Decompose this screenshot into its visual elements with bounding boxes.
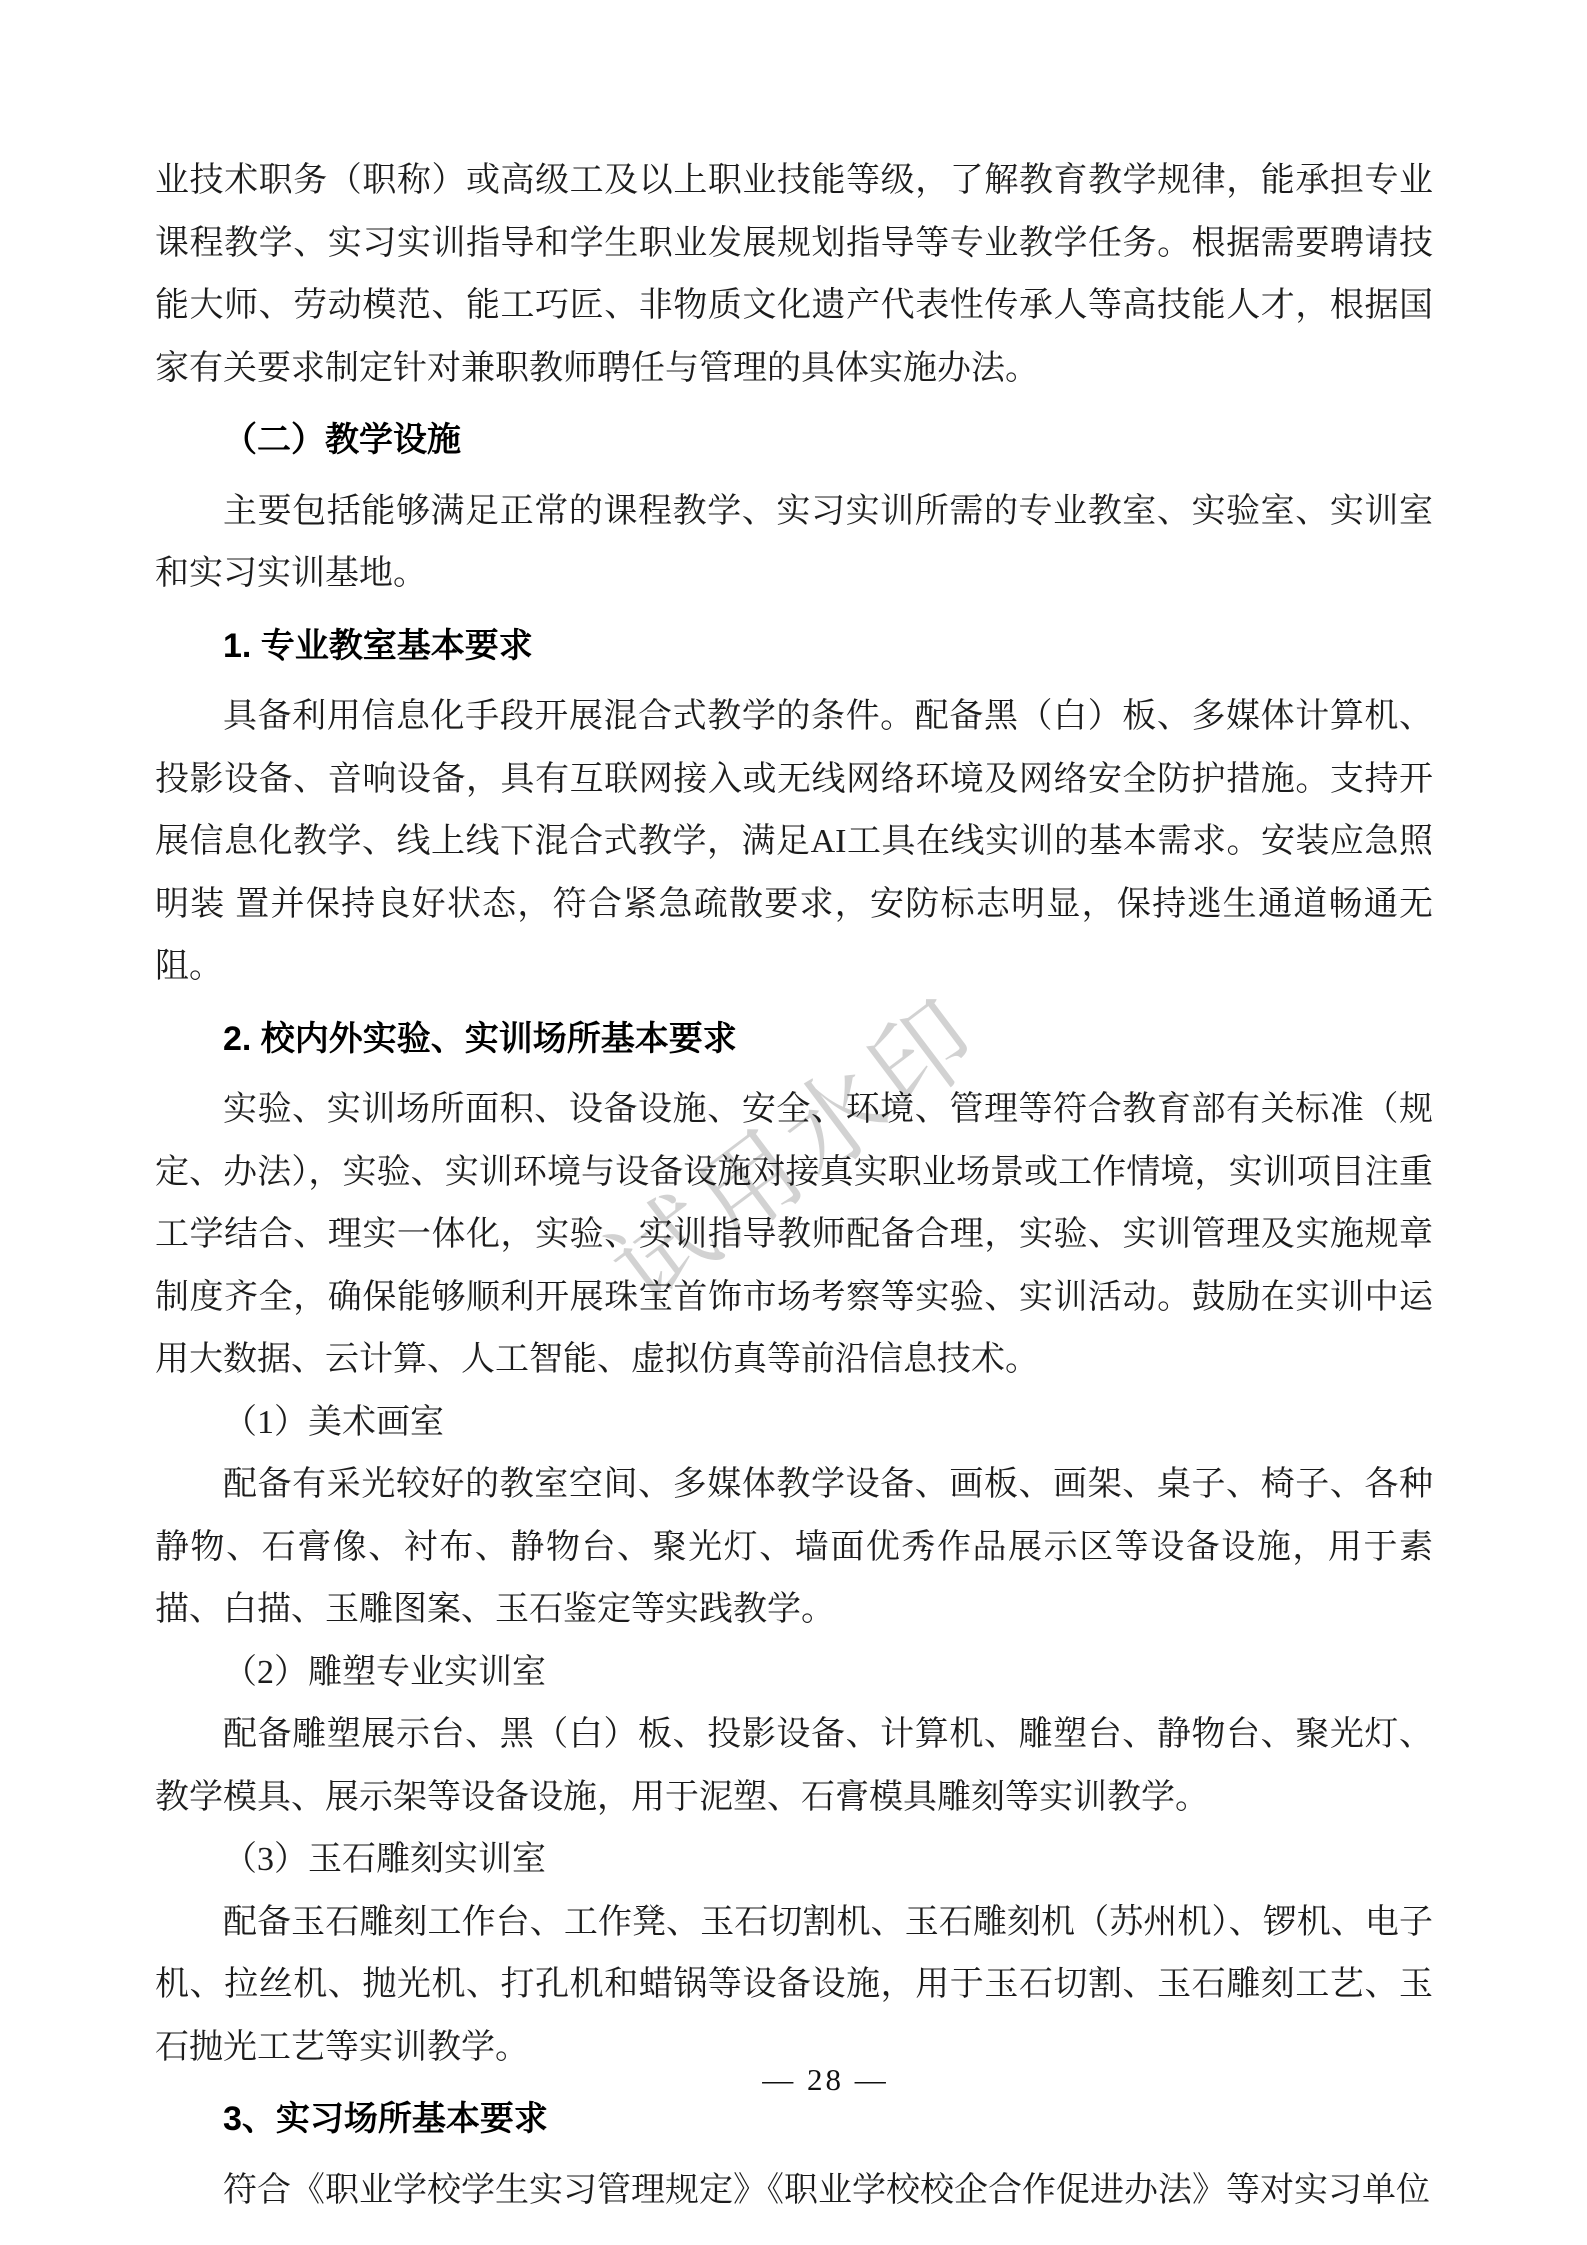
subsection-heading-sculpture-training-room: （2）雕塑专业实训室 bbox=[155, 1642, 1433, 1705]
paragraph: 具备利用信息化手段开展混合式教学的条件。配备黑（白）板、多媒体计算机、投影设备、… bbox=[155, 686, 1433, 999]
section-heading-lab-training-requirements: 2. 校内外实验、实训场所基本要求 bbox=[155, 1008, 1433, 1071]
section-heading-classroom-requirements: 1. 专业教室基本要求 bbox=[155, 615, 1433, 678]
paragraph: 符合《职业学校学生实习管理规定》《职业学校校企合作促进办法》等对实习单位 bbox=[155, 2160, 1433, 2223]
paragraph: 配备玉石雕刻工作台、工作凳、玉石切割机、玉石雕刻机（苏州机）、锣机、电子机、拉丝… bbox=[155, 1892, 1433, 2080]
document-page: 试用水印 业技术职务（职称）或高级工及以上职业技能等级，了解教育教学规律，能承担… bbox=[0, 0, 1587, 2245]
document-body: 业技术职务（职称）或高级工及以上职业技能等级，了解教育教学规律，能承担专业课程教… bbox=[155, 150, 1433, 2222]
paragraph: 配备有采光较好的教室空间、多媒体教学设备、画板、画架、桌子、椅子、各种静物、石膏… bbox=[155, 1454, 1433, 1642]
page-number: — 28 — bbox=[32, 2062, 1587, 2098]
subsection-heading-jade-carving-training-room: （3）玉石雕刻实训室 bbox=[155, 1829, 1433, 1892]
paragraph: 实验、实训场所面积、设备设施、安全、环境、管理等符合教育部有关标准（规定、办法）… bbox=[155, 1079, 1433, 1392]
paragraph: 主要包括能够满足正常的课程教学、实习实训所需的专业教室、实验室、实训室和实习实训… bbox=[155, 481, 1433, 606]
paragraph: 配备雕塑展示台、黑（白）板、投影设备、计算机、雕塑台、静物台、聚光灯、教学模具、… bbox=[155, 1704, 1433, 1829]
section-heading-teaching-facilities: （二）教学设施 bbox=[155, 409, 1433, 472]
paragraph-continued: 业技术职务（职称）或高级工及以上职业技能等级，了解教育教学规律，能承担专业课程教… bbox=[155, 150, 1433, 400]
subsection-heading-art-studio: （1）美术画室 bbox=[155, 1392, 1433, 1455]
